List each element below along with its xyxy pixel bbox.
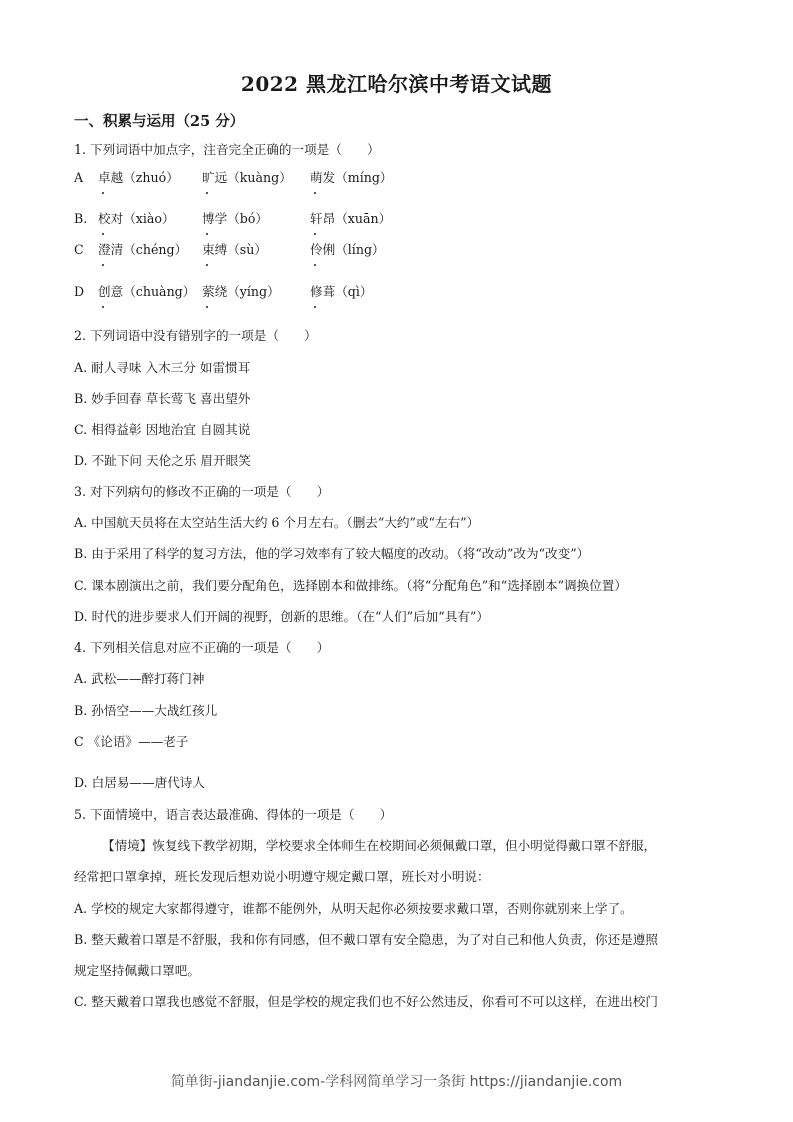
emphasis-dot-icon: [102, 264, 104, 266]
dotted-word: 束缚: [202, 241, 227, 259]
question-1-option-c: C澄清（chéng）束缚（sù）伶俐（líng）: [74, 241, 385, 259]
dotted-word: 澄清: [98, 241, 123, 259]
question-2-option-b: B. 妙手回春 草长莺飞 喜出望外: [74, 390, 250, 408]
pinyin: （bó）: [227, 211, 268, 226]
pinyin: （xiào）: [123, 211, 174, 226]
dotted-word: 校对: [98, 210, 123, 228]
question-5-option-c-line-1: C. 整天戴着口罩我也感觉不舒服，但是学校的规定我们也不好公然违反，你看可不可以…: [74, 993, 658, 1011]
question-3-option-d: D. 时代的进步要求人们开阔的视野，创新的思维。（在“人们”后加“具有”）: [74, 608, 489, 626]
question-3-option-b: B. 由于采用了科学的复习方法，他的学习效率有了较大幅度的改动。（将“改动”改为…: [74, 545, 589, 563]
question-4-option-a: A. 武松——醉打蒋门神: [74, 670, 204, 688]
dotted-word: 卓越: [98, 169, 123, 187]
emphasis-dot-icon: [102, 306, 104, 308]
pinyin: （líng）: [335, 242, 384, 257]
question-2-option-c: C. 相得益彰 因地治宜 自圆其说: [74, 421, 250, 439]
pinyin: （kuàng）: [227, 170, 292, 185]
question-5-context-line-2: 经常把口罩拿掉，班长发现后想劝说小明遵守规定戴口罩，班长对小明说：: [74, 868, 490, 886]
footer-watermark: 简单街-jiandanjie.com-学科网简单学习一条街 https://ji…: [0, 1071, 793, 1091]
question-3-option-c: C. 课本剧演出之前，我们要分配角色，选择剧本和做排练。（将“分配角色”和“选择…: [74, 577, 627, 595]
emphasis-dot-icon: [206, 192, 208, 194]
pinyin: （yíng）: [227, 284, 280, 299]
question-5-stem: 5. 下面情境中，语言表达最准确、得体的一项是（ ）: [74, 806, 392, 824]
pinyin: （sù）: [227, 242, 267, 257]
emphasis-dot-icon: [314, 233, 316, 235]
question-1-option-b: B.校对（xiào）博学（bó）轩昂（xuān）: [74, 210, 391, 228]
question-2-option-d: D. 不趾下问 天伦之乐 眉开眼笑: [74, 452, 251, 470]
dotted-word: 创意: [98, 283, 123, 301]
pinyin: （chéng）: [123, 242, 187, 257]
dotted-word: 修葺: [310, 283, 335, 301]
option-label: C: [74, 241, 98, 259]
dotted-word: 博学: [202, 210, 227, 228]
question-5-context-line-1: 【情境】恢复线下教学初期，学校要求全体师生在校期间必须佩戴口罩，但小明觉得戴口罩…: [74, 837, 656, 855]
question-4-option-b: B. 孙悟空——大战红孩儿: [74, 702, 217, 720]
emphasis-dot-icon: [206, 233, 208, 235]
question-5-option-b-line-2: 规定坚持佩戴口罩吧。: [74, 962, 200, 980]
option-label: B.: [74, 210, 98, 228]
question-1-option-a: A卓越（zhuó）旷远（kuàng）萌发（míng）: [74, 169, 393, 187]
dotted-word: 萦绕: [202, 283, 227, 301]
dotted-word: 伶俐: [310, 241, 335, 259]
emphasis-dot-icon: [206, 306, 208, 308]
emphasis-dot-icon: [314, 192, 316, 194]
section-heading: 一、积累与运用（25 分）: [74, 110, 244, 131]
question-5-option-b-line-1: B. 整天戴着口罩是不舒服，我和你有同感，但不戴口罩有安全隐患，为了对自己和他人…: [74, 931, 658, 949]
question-3-stem: 3. 对下列病句的修改不正确的一项是（ ）: [74, 483, 329, 501]
question-2-stem: 2. 下列词语中没有错别字的一项是（ ）: [74, 327, 317, 345]
question-4-stem: 4. 下列相关信息对应不正确的一项是（ ）: [74, 639, 329, 657]
question-4-option-c: C 《论语》——老子: [74, 733, 188, 751]
document-title: 2022 黑龙江哈尔滨中考语文试题: [0, 68, 793, 97]
pinyin: （qì）: [335, 284, 372, 299]
pinyin: （xuān）: [335, 211, 391, 226]
emphasis-dot-icon: [314, 306, 316, 308]
emphasis-dot-icon: [206, 264, 208, 266]
dotted-word: 旷远: [202, 169, 227, 187]
pinyin: （zhuó）: [123, 170, 179, 185]
question-5-option-a: A. 学校的规定大家都得遵守，谁都不能例外，从明天起你必须按要求戴口罩，否则你就…: [74, 900, 633, 918]
option-label: A: [74, 169, 98, 187]
question-3-option-a: A. 中国航天员将在太空站生活大约 6 个月左右。（删去“大约”或“左右”）: [74, 514, 479, 532]
question-1-stem: 1. 下列词语中加点字，注音完全正确的一项是（ ）: [74, 141, 380, 159]
option-label: D: [74, 283, 98, 301]
dotted-word: 萌发: [310, 169, 335, 187]
question-4-option-d: D. 白居易——唐代诗人: [74, 774, 205, 792]
pinyin: （chuàng）: [123, 284, 195, 299]
pinyin: （míng）: [335, 170, 392, 185]
emphasis-dot-icon: [314, 264, 316, 266]
dotted-word: 轩昂: [310, 210, 335, 228]
emphasis-dot-icon: [102, 233, 104, 235]
emphasis-dot-icon: [102, 192, 104, 194]
question-1-option-d: D创意（chuàng）萦绕（yíng）修葺（qì）: [74, 283, 372, 301]
question-2-option-a: A. 耐人寻味 入木三分 如雷惯耳: [74, 359, 250, 377]
